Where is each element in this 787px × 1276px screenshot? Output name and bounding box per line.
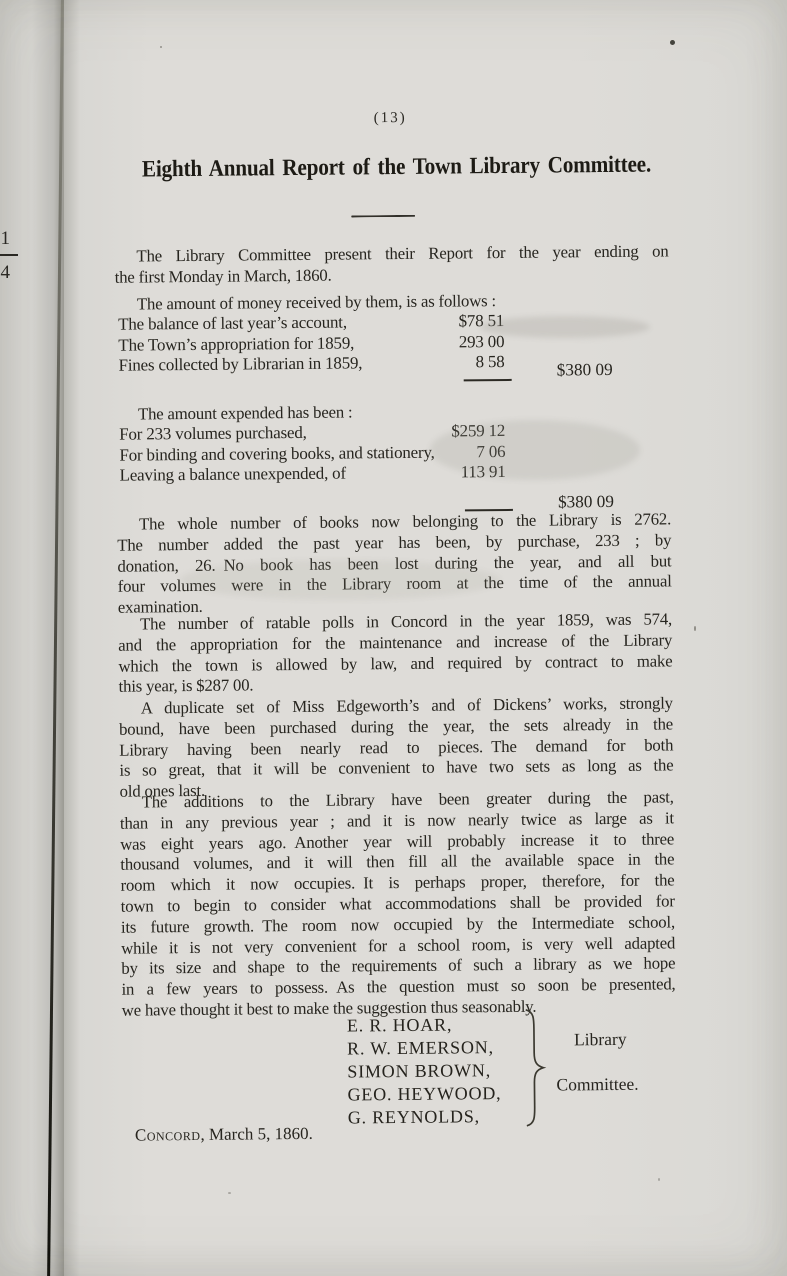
ledger-label: Leaving a balance unexpended, of xyxy=(120,464,346,485)
ledger-amount: 293 00 xyxy=(459,331,505,352)
ink-showthrough xyxy=(480,316,650,338)
committee-label: Library xyxy=(574,1029,627,1051)
signature-name: G. REYNOLDS, xyxy=(348,1105,502,1129)
ink-showthrough xyxy=(430,420,640,480)
scanned-page: 31 54 (13) Eighth Annual Report of the T… xyxy=(0,0,787,1276)
paragraph-line: the first Monday in March, 1860. xyxy=(115,262,669,288)
ledger-label: For 233 volumes purchased, xyxy=(119,423,307,444)
sum-rule xyxy=(464,379,512,381)
paper-speck xyxy=(228,1192,231,1194)
body-paragraph: The number of ratable polls in Concord i… xyxy=(118,609,673,698)
dateline: Concord, March 5, 1860. xyxy=(135,1124,313,1146)
ledger-label: The balance of last year’s account, xyxy=(118,312,347,333)
page-number: (13) xyxy=(113,107,667,129)
paper-speck xyxy=(670,40,675,45)
paper-speck xyxy=(558,158,560,160)
paper-speck xyxy=(658,1178,660,1181)
signature-name: E. R. HOAR, xyxy=(347,1013,501,1037)
signature-name: SIMON BROWN, xyxy=(347,1059,501,1083)
signature-name: GEO. HEYWOOD, xyxy=(347,1082,501,1106)
signature-name: R. W. EMERSON, xyxy=(347,1036,501,1060)
intro-paragraph: The Library Committee present their Repo… xyxy=(114,241,668,288)
ledger-label: For binding and covering books, and stat… xyxy=(119,442,434,464)
dateline-date: , March 5, 1860. xyxy=(200,1124,313,1144)
paper-speck xyxy=(160,46,162,48)
committee-label: Committee. xyxy=(556,1074,638,1096)
ledger-label: The Town’s appropriation for 1859, xyxy=(118,333,354,354)
body-paragraph: A duplicate set of Miss Edgeworth’s and … xyxy=(119,693,674,802)
signature-names: E. R. HOAR, R. W. EMERSON, SIMON BROWN, … xyxy=(347,1013,502,1129)
body-paragraph: The additions to the Library have been g… xyxy=(120,787,676,1021)
paper-speck xyxy=(694,626,696,631)
printed-content: (13) Eighth Annual Report of the Town Li… xyxy=(0,0,787,1276)
received-total-row: $380 09 xyxy=(116,359,670,388)
dateline-place: Concord xyxy=(135,1125,201,1145)
title-divider-rule xyxy=(351,215,415,218)
page-title: Eighth Annual Report of the Town Library… xyxy=(114,151,668,183)
brace-icon xyxy=(522,1007,547,1134)
page-title-text: Eighth Annual Report of the Town Library… xyxy=(142,152,651,184)
ledger-total: $380 09 xyxy=(557,360,613,381)
ink-showthrough xyxy=(180,560,500,600)
